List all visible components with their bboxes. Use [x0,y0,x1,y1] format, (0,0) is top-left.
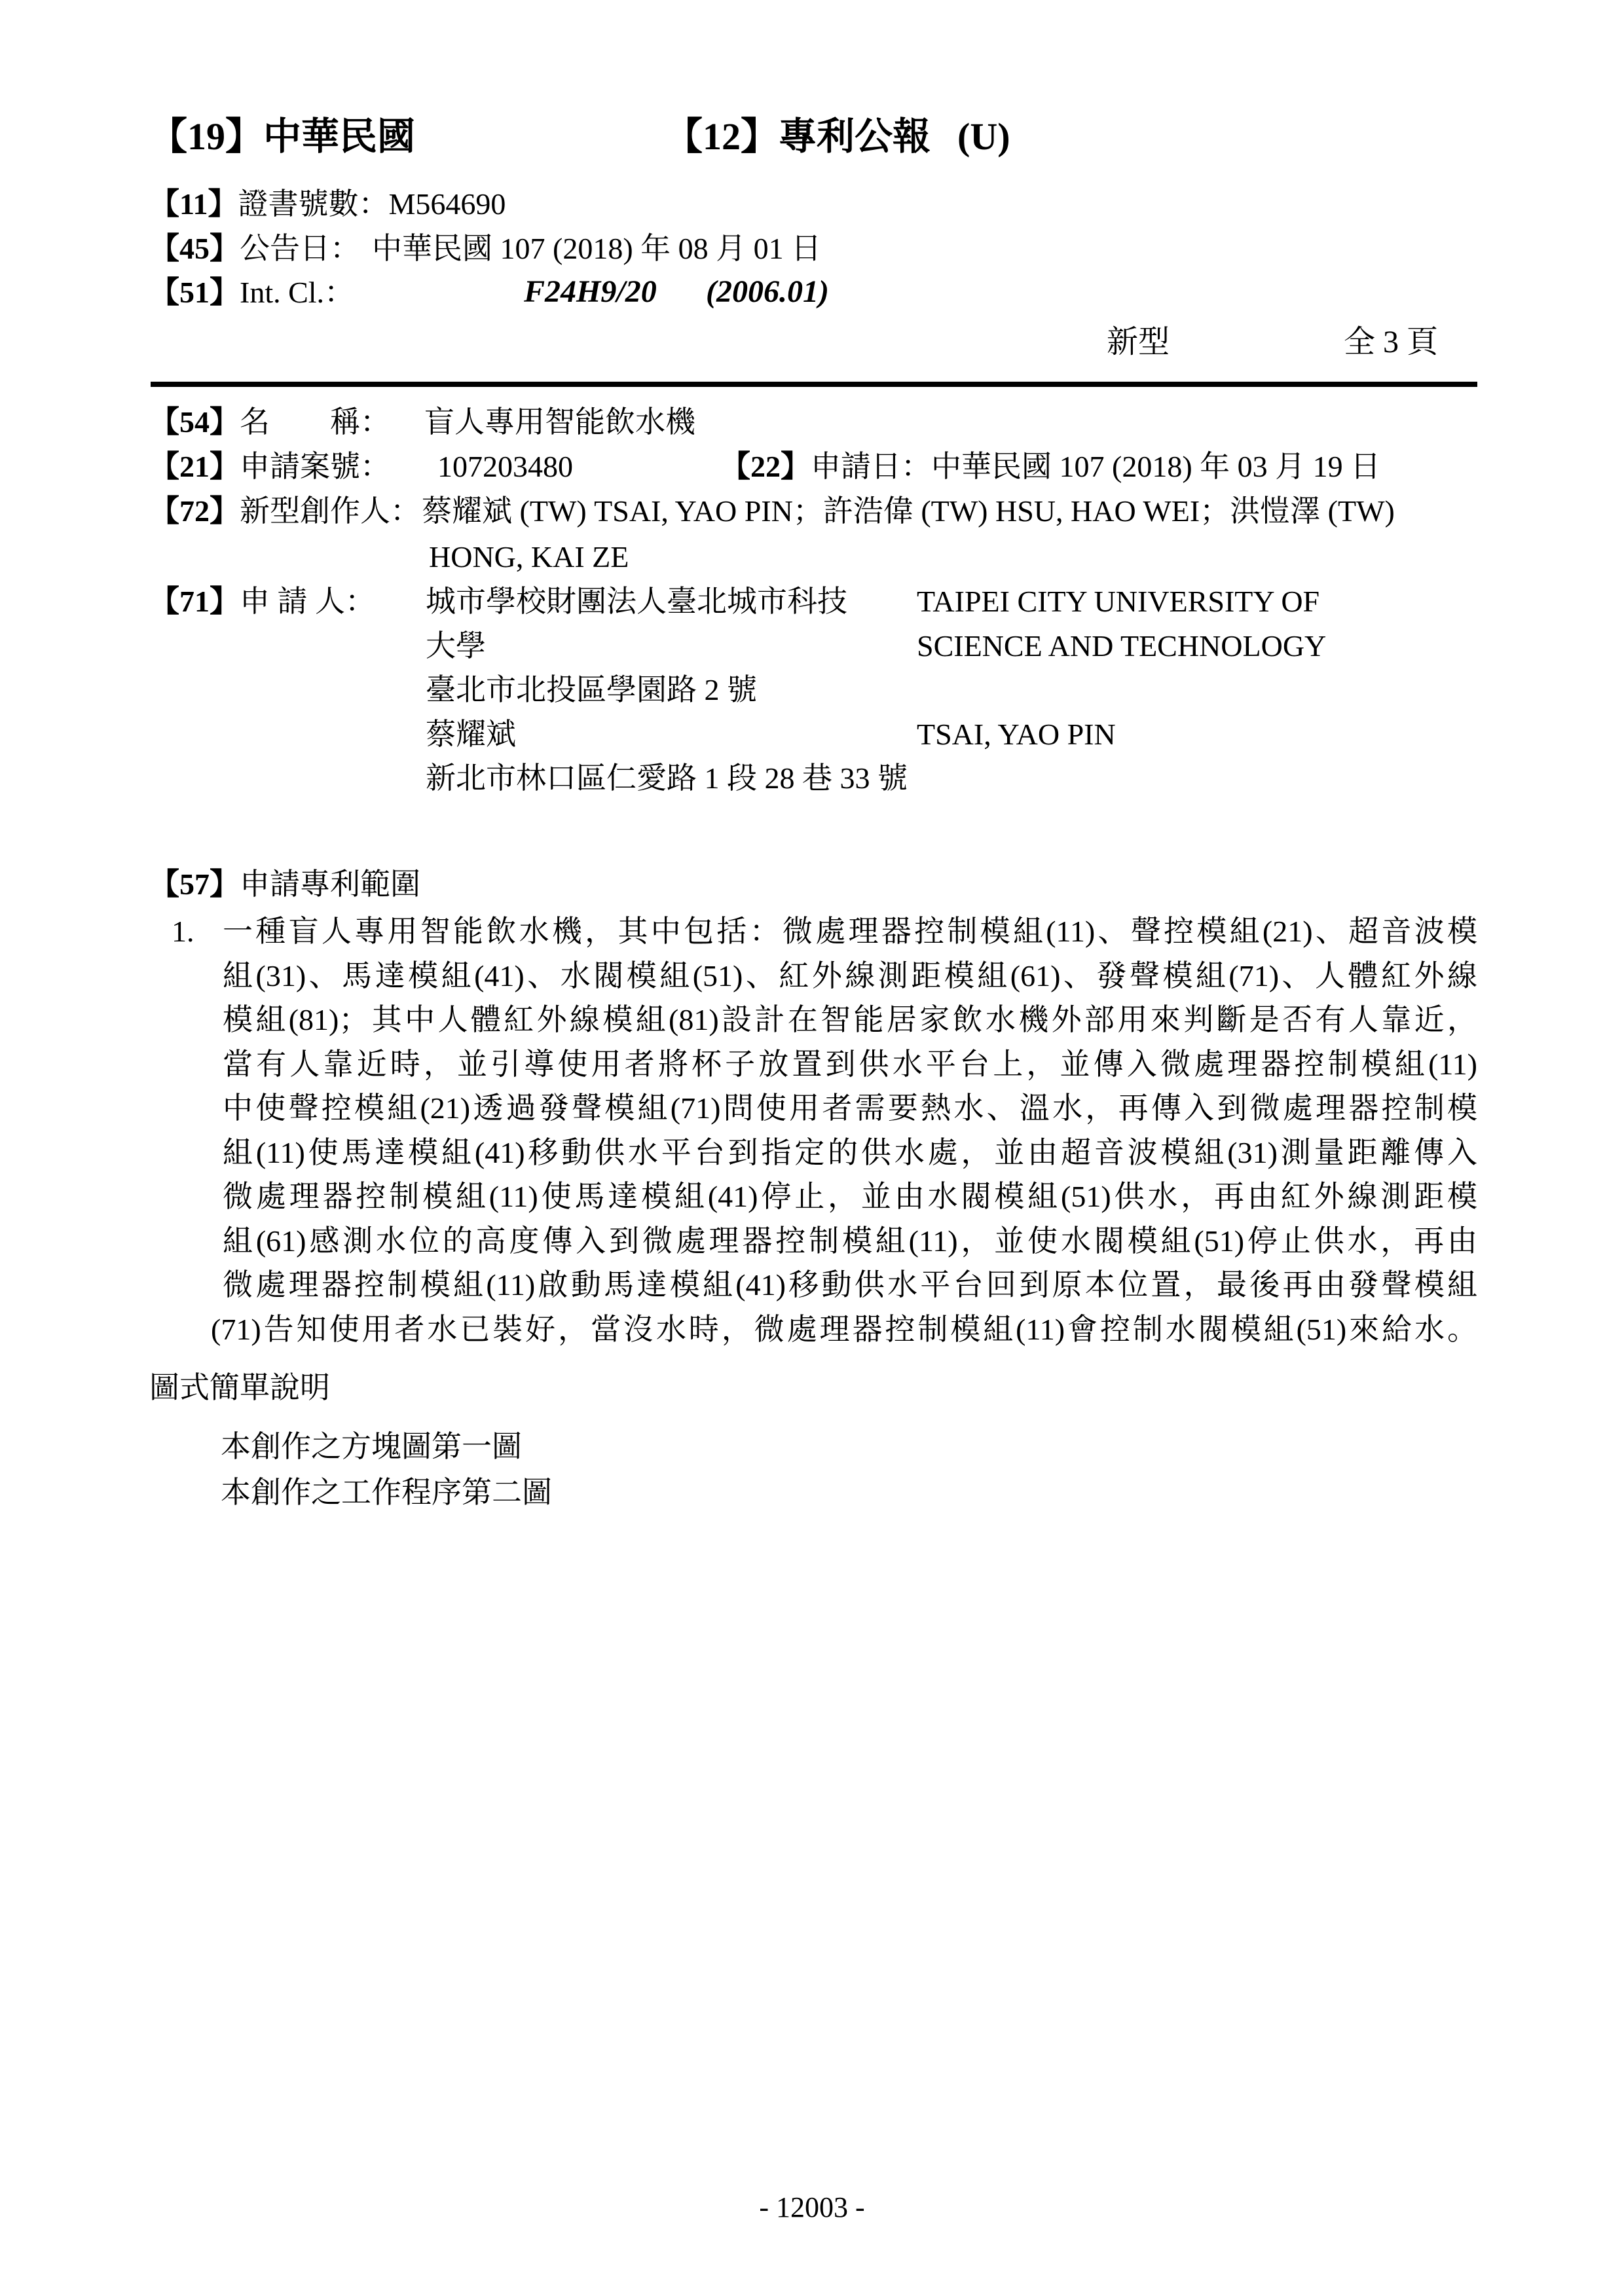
applicant-label-line: 【71】申 請 人： [149,585,375,618]
claim-text-line: (71)告知使用者水已裝好，當沒水時，微處理器控制模組(11)會控制水閥模組(5… [211,1313,1477,1346]
claim-text-line: 組(31)、馬達模組(41)、水閥模組(51)、紅外線測距模組(61)、發聲模組… [223,960,1477,993]
cert-number-tag: 【11】 [149,187,238,221]
publication-date-tag: 【45】 [149,232,240,265]
figure-description-item: 本創作之工作程序第二圖 [221,1476,552,1509]
applicant-en-row: SCIENCE AND TECHNOLOGY [917,630,1326,663]
cert-number-line: 【11】證書號數：M564690 [149,188,506,221]
page-count: 全 3 頁 [1344,325,1438,359]
inventor-names-line1: 蔡耀斌 (TW) TSAI, YAO PIN；許浩偉 (TW) HSU, HAO… [422,495,1395,528]
claims-heading-line: 【57】申請專利範圍 [149,868,420,901]
footer-page-number: - 12003 - [0,2192,1624,2223]
app-number-value: 107203480 [437,450,573,483]
applicant-zh-row: 城市學校財團法人臺北城市科技 [426,585,847,618]
gazette-title: 專利公報 [779,115,931,158]
applicant-zh-row: 大學 [426,630,486,663]
claim-text-line: 微處理器控制模組(11)啟動馬達模組(41)移動供水平台回到原本位置，最後再由發… [223,1269,1477,1302]
claim-text-line: 組(61)感測水位的高度傳入到微處理器控制模組(11)，並使水閥模組(51)停止… [223,1225,1477,1258]
applicant-tag: 【71】 [149,585,240,618]
claim-text-line: 一種盲人專用智能飲水機，其中包括：微處理器控制模組(11)、聲控模組(21)、超… [223,915,1477,948]
app-date-label: 申請日： [811,450,931,483]
int-cl-label: Int. Cl.： [240,276,354,309]
header-gazette: 【12】專利公報 [665,117,931,158]
inventor-names-line2: HONG, KAI ZE [429,541,629,574]
patent-type: 新型 [1107,325,1170,359]
claims-tag: 【57】 [149,867,240,901]
cert-number-value: M564690 [388,187,506,221]
applicant-en-row: TSAI, YAO PIN [917,718,1116,751]
country-tag: 【19】 [149,115,263,158]
country-name: 中華民國 [263,115,415,158]
inventor-tag: 【72】 [149,494,240,528]
int-cl-value: F24H9/20 [524,275,657,309]
figures-heading: 圖式簡單說明 [149,1372,330,1404]
patent-gazette-page: 【19】中華民國 【12】專利公報 (U) 【11】證書號數：M564690 【… [0,0,1624,2296]
title-value: 盲人專用智能飲水機 [424,406,695,439]
int-cl-version: (2006.01) [706,275,829,309]
app-date-line: 【22】申請日：中華民國 107 (2018) 年 03 月 19 日 [720,450,1380,483]
applicant-zh-row: 臺北市北投區學園路 2 號 [426,674,757,706]
publication-date-label: 公告日： [240,232,360,265]
figure-description-item: 本創作之方塊圖第一圖 [221,1430,522,1463]
app-number-label-line: 【21】申請案號： [149,450,390,483]
app-number-label: 申請案號： [240,450,390,483]
applicant-zh-row: 蔡耀斌 [426,718,516,751]
title-tag: 【54】 [149,405,240,439]
applicant-en-row: TAIPEI CITY UNIVERSITY OF [917,585,1319,618]
inventor-label-line: 【72】新型創作人： [149,495,420,528]
claim-text-line: 微處理器控制模組(11)使馬達模組(41)停止，並由水閥模組(51)供水，再由紅… [223,1180,1477,1213]
kind-code: (U) [957,117,1010,158]
claim-item-number: 1. [172,915,194,948]
separator-rule [151,382,1477,387]
title-label-line: 【54】名 稱： [149,406,390,439]
gazette-tag: 【12】 [665,115,779,158]
applicant-label: 申 請 人： [240,585,375,618]
claim-text-line: 組(11)使馬達模組(41)移動供水平台到指定的供水處，並由超音波模組(31)測… [223,1137,1477,1169]
claims-heading: 申請專利範圍 [240,867,420,901]
int-cl-tag: 【51】 [149,276,240,309]
app-date-value: 中華民國 107 (2018) 年 03 月 19 日 [931,450,1380,483]
cert-number-label: 證書號數： [238,187,388,221]
claim-text-line: 當有人靠近時，並引導使用者將杯子放置到供水平台上，並傳入微處理器控制模組(11) [223,1048,1477,1081]
int-cl-line: 【51】Int. Cl.： [149,276,354,309]
applicant-zh-row: 新北市林口區仁愛路 1 段 28 巷 33 號 [426,762,908,795]
header-country: 【19】中華民國 [149,117,415,158]
app-date-tag: 【22】 [720,450,811,483]
app-number-tag: 【21】 [149,450,240,483]
publication-date-line: 【45】公告日：中華民國 107 (2018) 年 08 月 01 日 [149,232,821,265]
publication-date-value: 中華民國 107 (2018) 年 08 月 01 日 [372,232,821,265]
claim-text-line: 模組(81)；其中人體紅外線模組(81)設計在智能居家飲水機外部用來判斷是否有人… [223,1004,1477,1036]
claim-text-line: 中使聲控模組(21)透過發聲模組(71)問使用者需要熱水、溫水，再傳入到微處理器… [223,1092,1477,1125]
inventor-label: 新型創作人： [240,494,420,528]
title-label: 名 稱： [240,405,390,439]
